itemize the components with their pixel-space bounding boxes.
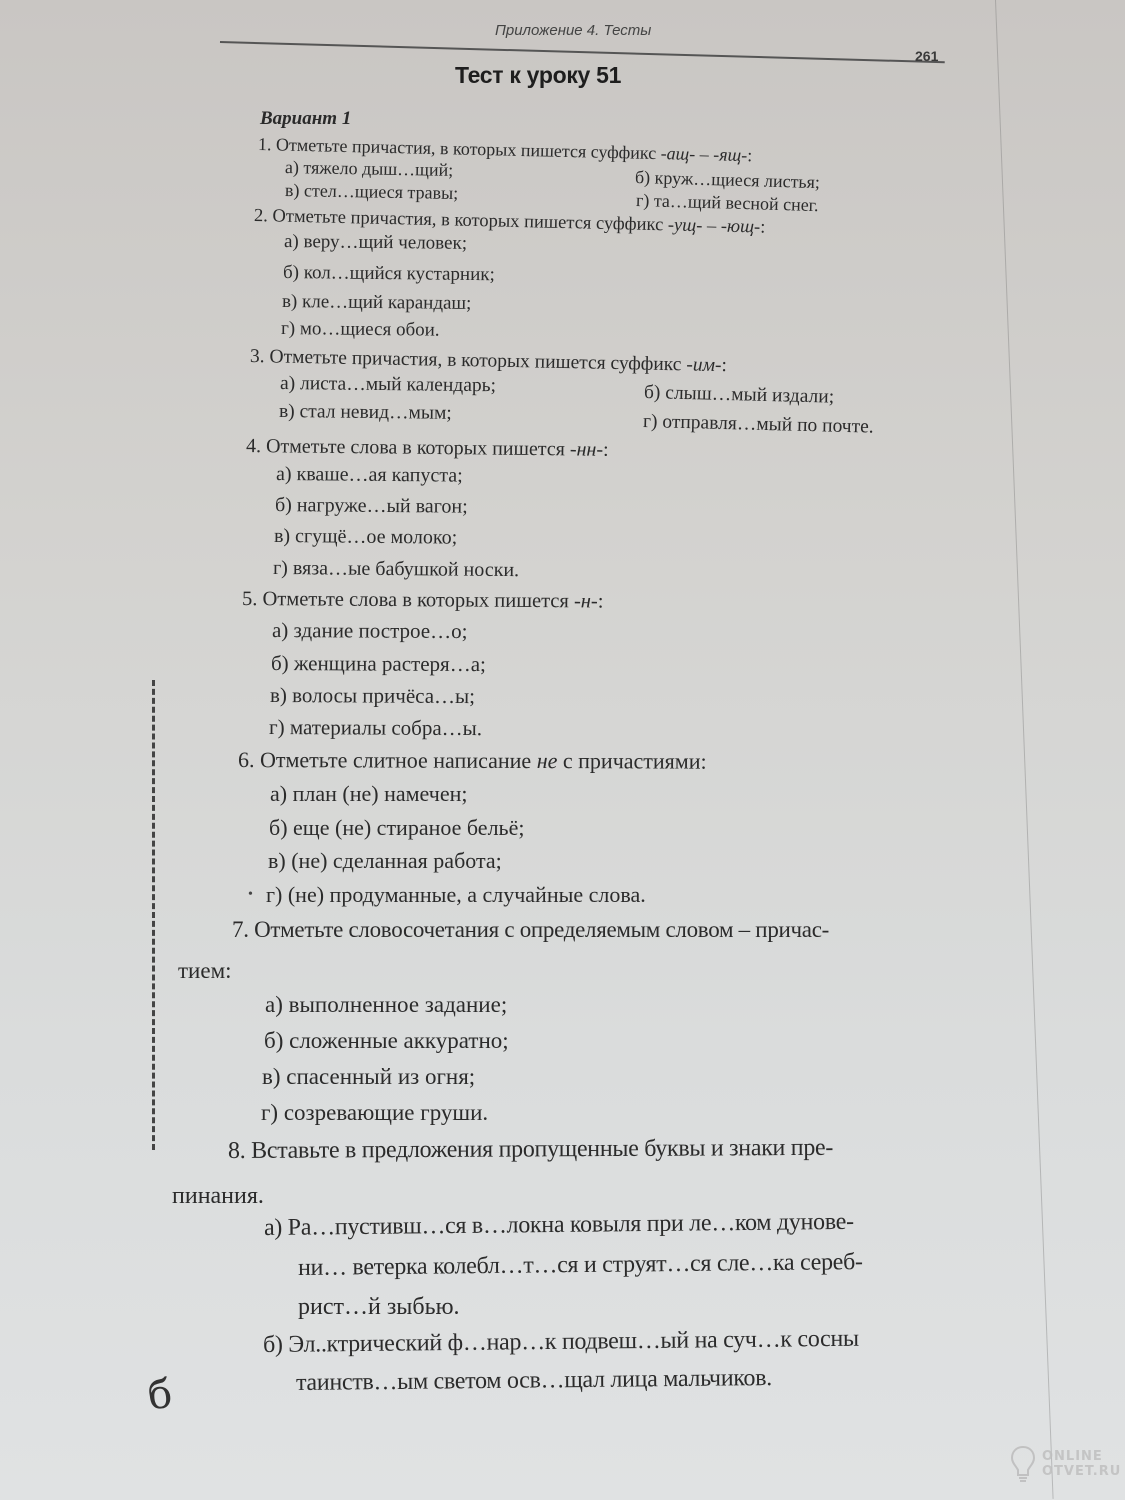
suffix: -нн-	[570, 438, 603, 460]
question-5-option-b: б) женщина растеря…а;	[271, 651, 486, 677]
question-4-option-a: а) кваше…ая капуста;	[276, 463, 463, 488]
watermark-text: ONLINE OTVET.RU	[1042, 1449, 1121, 1479]
question-5-option-c: в) волосы причёса…ы;	[270, 683, 475, 709]
running-head: Приложение 4. Тесты	[495, 22, 651, 39]
question-2-option-a: а) веру…щий человек;	[284, 231, 467, 255]
question-7-option-c: в) спасенный из огня;	[262, 1064, 475, 1090]
question-7-option-a: а) выполненное задание;	[265, 992, 507, 1018]
question-4-option-d: г) вяза…ые бабушкой носки.	[273, 557, 519, 582]
question-4-prompt: 4. Отметьте слова в которых пишется -нн-…	[246, 435, 609, 462]
question-7-option-b: б) сложенные аккуратно;	[264, 1028, 509, 1054]
question-8-sentence-b-line-2: таинств…ым светом осв…щал лица мальчиков…	[296, 1365, 772, 1397]
question-6-option-a: а) план (не) намечен;	[270, 781, 467, 807]
suffix: -ущ- – -ющ-	[668, 215, 761, 237]
page-title: Тест к уроку 51	[455, 62, 621, 89]
question-3-option-c: в) стал невид…мым;	[279, 401, 452, 425]
page-number: 261	[915, 48, 938, 64]
question-3-option-d: г) отправля…мый по почте.	[643, 411, 874, 439]
stray-dot: •	[248, 887, 253, 903]
suffix: -им-	[686, 354, 722, 376]
cut-line-dashed	[152, 680, 155, 1150]
question-6-option-d: г) (не) продуманные, а случайные слова.	[266, 882, 646, 908]
page-edge	[995, 0, 1054, 1499]
question-7-prompt-line-1: 7. Отметьте словосочетания с определяемы…	[232, 917, 829, 943]
handwritten-mark: б	[146, 1371, 175, 1419]
question-2-option-c: в) кле…щий карандаш;	[282, 291, 472, 315]
question-8-sentence-a-line-2: ни… ветерка колебл…т…ся и струят…ся сле……	[298, 1249, 863, 1282]
header-rule	[220, 41, 945, 63]
question-8-sentence-a-line-1: а) Ра…пустивш…ся в…локна ковыля при ле…к…	[264, 1209, 854, 1242]
question-6-option-b: б) еще (не) стираное бельё;	[269, 815, 524, 841]
question-1-option-c: в) стел…щиеся травы;	[285, 180, 459, 204]
question-1-option-b: б) круж…щиеся листья;	[635, 167, 821, 193]
question-5-prompt: 5. Отметьте слова в которых пишется -н-:	[242, 588, 604, 614]
question-7-prompt-line-2: тием:	[178, 958, 232, 984]
suffix: -н-	[574, 590, 598, 612]
question-8-sentence-b-line-1: б) Эл..ктрический ф…нар…к подвеш…ый на с…	[263, 1326, 859, 1359]
question-8-prompt-line-1: 8. Вставьте в предложения пропущенные бу…	[228, 1135, 833, 1165]
variant-heading: Вариант 1	[260, 108, 351, 130]
lightbulb-icon	[1010, 1445, 1036, 1483]
question-5-option-d: г) материалы собра…ы.	[269, 715, 482, 741]
question-5-option-a: а) здание построе…о;	[272, 618, 468, 644]
question-7-option-d: г) созревающие груши.	[261, 1100, 488, 1126]
question-4-option-b: б) нагруже…ый вагон;	[275, 494, 468, 519]
question-1-option-a: а) тяжело дыш…щий;	[285, 157, 454, 181]
question-6-prompt: 6. Отметьте слитное написание не с прича…	[238, 747, 707, 775]
question-2-option-b: б) кол…щийся кустарник;	[283, 262, 495, 286]
question-8-sentence-a-line-3: рист…й зыбью.	[298, 1294, 460, 1321]
question-4-option-c: в) сгущё…ое молоко;	[274, 525, 457, 550]
question-3-option-b: б) слыш…мый издали;	[644, 382, 835, 409]
question-8-prompt-line-2: пинания.	[172, 1183, 264, 1210]
watermark: ONLINE OTVET.RU	[1010, 1445, 1121, 1483]
question-1-option-d: г) та…щий весной снег.	[636, 190, 819, 216]
question-2-option-d: г) мо…щиеся обои.	[281, 318, 440, 342]
question-6-option-c: в) (не) сделанная работа;	[268, 848, 502, 874]
suffix: -ащ- – -ящ-	[660, 143, 747, 165]
question-3-option-a: а) листа…мый календарь;	[280, 373, 496, 397]
